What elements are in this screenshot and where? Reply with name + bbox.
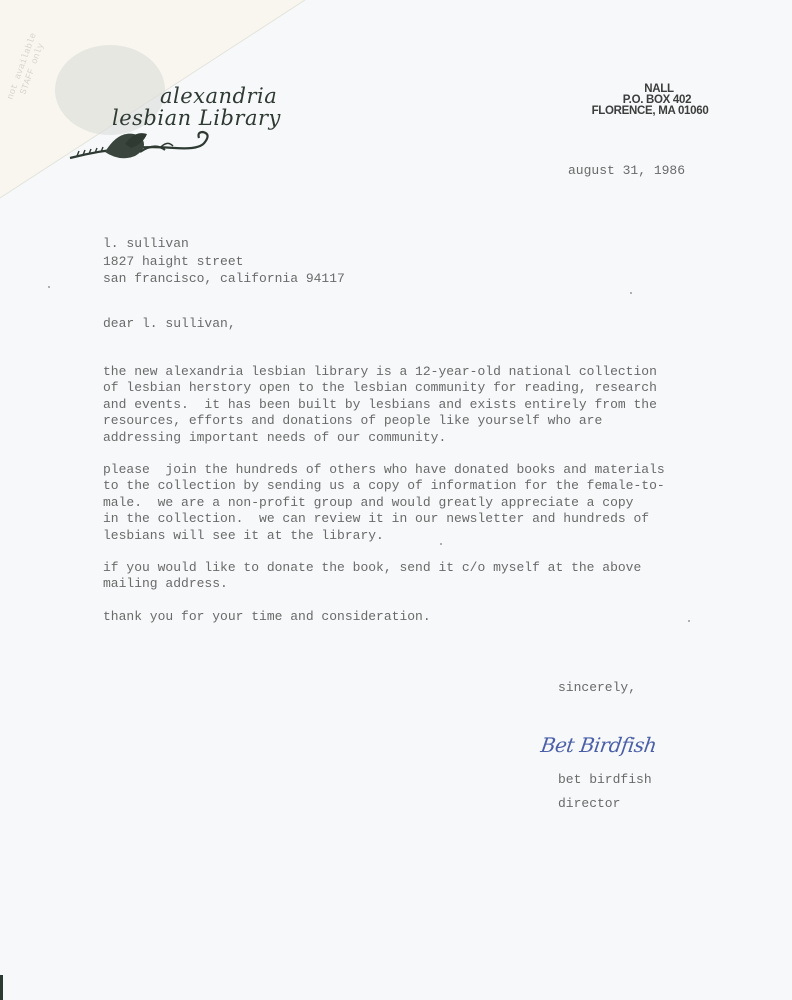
recipient-city: san francisco, california 94117 [103,270,345,288]
fern-quill-icon [65,122,235,167]
recipient-address: l. sullivan 1827 haight street san franc… [103,235,345,288]
paper-speck [48,286,50,288]
body-paragraph: thank you for your time and consideratio… [103,609,703,625]
paper-speck [630,292,632,294]
svg-text:not available: not available [5,32,38,101]
signer-title: director [558,796,620,811]
salutation: dear l. sullivan, [103,316,236,331]
closing: sincerely, [558,680,636,695]
letter-body: the new alexandria lesbian library is a … [103,364,703,641]
letterhead-logo: alexandria lesbian Library [60,80,310,170]
return-address-city: FLORENCE, MA 01060 [560,106,740,117]
handwritten-signature: Bet Birdfish [539,733,658,757]
recipient-street: 1827 haight street [103,253,345,271]
return-address: NALL P.O. BOX 402 FLORENCE, MA 01060 [560,84,740,117]
letter-date: august 31, 1986 [568,163,685,178]
paper-speck [440,543,442,545]
body-paragraph: if you would like to donate the book, se… [103,560,703,593]
scan-edge-mark [0,975,3,1000]
logo-text-line1: alexandria [160,84,277,108]
svg-text:STAFF only: STAFF only [18,41,46,96]
paper-speck [688,620,690,622]
signer-name: bet birdfish [558,772,652,787]
recipient-name: l. sullivan [103,235,345,253]
body-paragraph: please join the hundreds of others who h… [103,462,703,544]
body-paragraph: the new alexandria lesbian library is a … [103,364,703,446]
